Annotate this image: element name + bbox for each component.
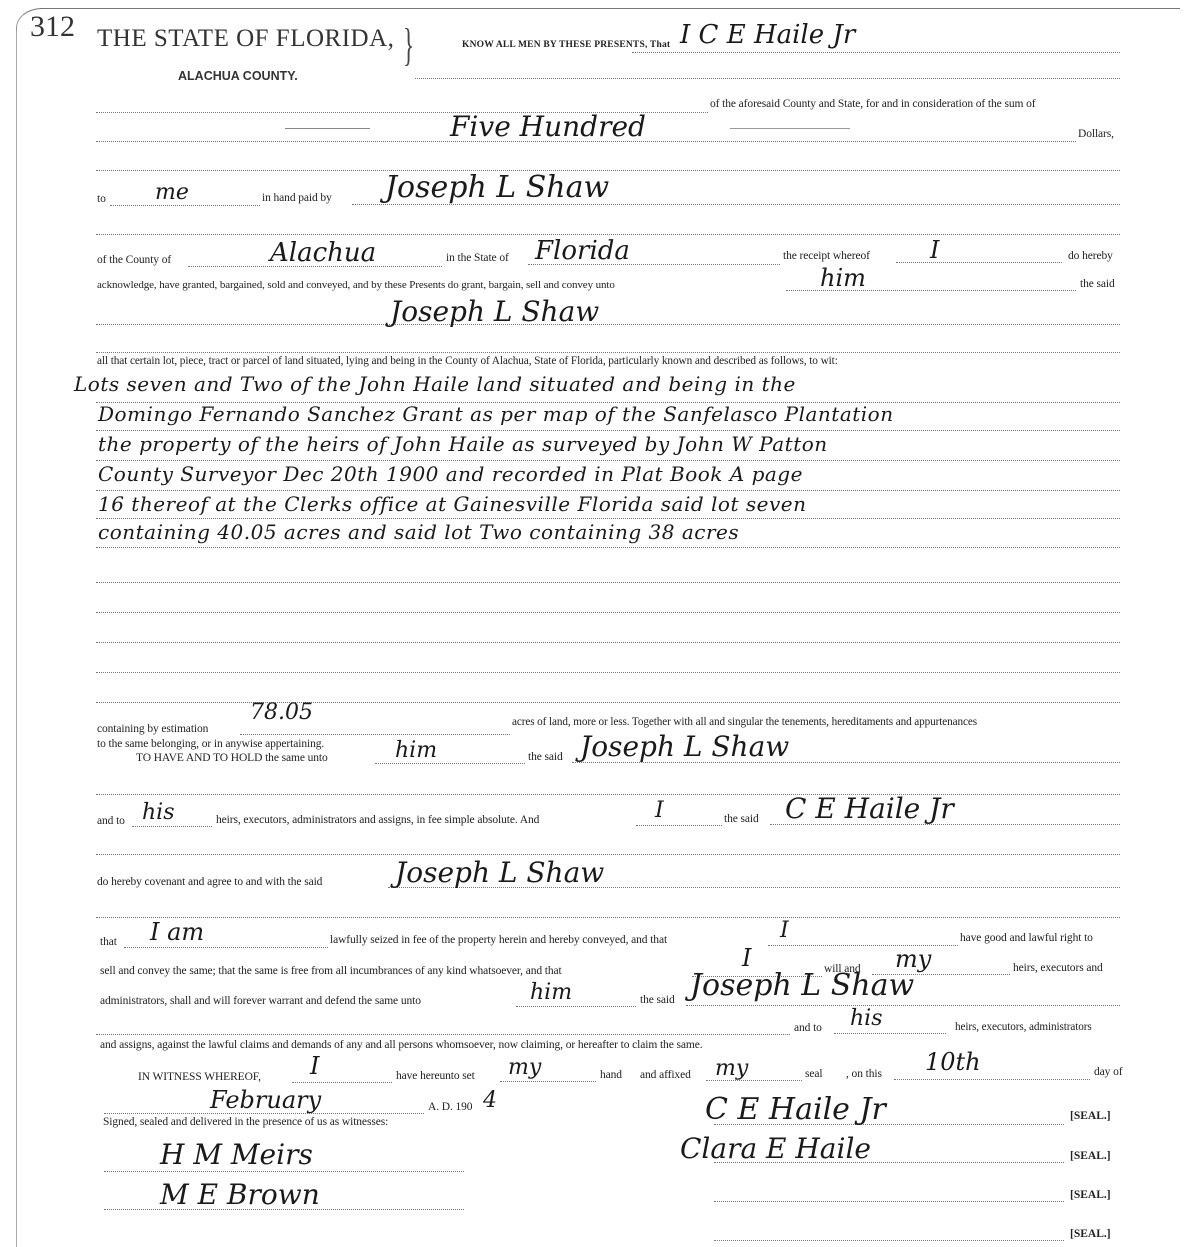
page-border-left — [16, 26, 17, 1247]
grantee-name-handwritten: Joseph L Shaw — [580, 730, 789, 763]
his-line — [834, 1033, 946, 1034]
brace: } — [403, 18, 414, 71]
description-line: 16 thereof at the Clerks office at Gaine… — [98, 492, 806, 516]
grantor-handwritten: C E Haile Jr — [785, 792, 954, 825]
acres-line — [240, 734, 510, 735]
land-intro: all that certain lot, piece, tract or pa… — [97, 355, 838, 367]
heirs-exec-admin-label: heirs, executors, administrators — [955, 1021, 1092, 1033]
receipt-line — [896, 262, 1062, 263]
his-handwritten: his — [142, 800, 175, 825]
estimation-label: containing by estimation — [97, 723, 208, 735]
heirs-executors-label: heirs, executors and — [1013, 962, 1103, 974]
year-handwritten: 4 — [483, 1088, 497, 1113]
description-rule — [96, 490, 1120, 491]
receipt-label: the receipt whereof — [783, 250, 870, 262]
my-handwritten: my — [508, 1055, 541, 1080]
witness-signature: H M Meirs — [160, 1138, 313, 1171]
the-said-label: the said — [640, 994, 675, 1006]
name-line — [686, 1005, 1120, 1006]
blank-line — [96, 234, 1120, 235]
signature: C E Haile Jr — [705, 1092, 886, 1127]
signature-line — [714, 1201, 1064, 1202]
and-handwritten: I — [655, 798, 664, 823]
receipt-handwritten: I — [930, 236, 939, 264]
assigns-text: and assigns, against the lawful claims a… — [100, 1039, 702, 1051]
county-title: ALACHUA COUNTY. — [178, 69, 298, 83]
description-rule — [96, 430, 1120, 431]
county-handwritten: Alachua — [270, 238, 376, 268]
description-line: containing 40.05 acres and said lot Two … — [98, 520, 739, 544]
deed-page: 312 THE STATE OF FLORIDA, } ALACHUA COUN… — [0, 0, 1200, 1247]
ad-label: A. D. 190 — [428, 1101, 472, 1113]
description-line: Lots seven and Two of the John Haile lan… — [74, 372, 796, 396]
unto-line — [375, 763, 525, 764]
consideration-text: of the aforesaid County and State, for a… — [710, 98, 1035, 110]
that-label: that — [100, 936, 117, 948]
description-rule — [96, 518, 1120, 519]
that-line — [124, 947, 328, 948]
blank-line — [96, 794, 1120, 795]
blank-line — [96, 1034, 790, 1035]
appurtenances-text: acres of land, more or less. Together wi… — [512, 716, 977, 728]
my2-handwritten: my — [715, 1056, 748, 1081]
unto-handwritten: him — [395, 738, 437, 763]
heirs-text: heirs, executors, administrators and ass… — [216, 814, 539, 826]
page-number: 312 — [30, 10, 75, 44]
grantee-name-handwritten: Joseph L Shaw — [390, 295, 599, 328]
seal-tag: [SEAL.] — [1070, 1189, 1111, 1201]
dollars-label: Dollars, — [1078, 128, 1114, 140]
state-handwritten: Florida — [535, 236, 630, 266]
seal-tag: [SEAL.] — [1070, 1110, 1111, 1122]
my-line — [500, 1081, 596, 1082]
description-line: County Surveyor Dec 20th 1900 and record… — [98, 462, 803, 486]
seal-tag: [SEAL.] — [1070, 1150, 1111, 1162]
day-of-label: day of — [1094, 1066, 1122, 1078]
description-rule — [96, 582, 1120, 583]
do-hereby-label: do hereby — [1068, 250, 1113, 262]
i-handwritten: I — [310, 1052, 319, 1080]
and-to-label: and to — [794, 1022, 822, 1034]
acknowledge-text: acknowledge, have granted, bargained, so… — [97, 279, 615, 291]
day-line — [894, 1079, 1090, 1080]
his-handwritten: his — [850, 1006, 883, 1031]
and-to-label: and to — [97, 815, 125, 827]
hereunto-label: have hereunto set — [396, 1070, 475, 1082]
know-all-label: KNOW ALL MEN BY THESE PRESENTS, That — [462, 40, 670, 50]
seal-label: seal — [805, 1068, 822, 1080]
blank-line — [96, 917, 1120, 918]
amount-handwritten: Five Hundred — [450, 110, 646, 143]
signature: Clara E Haile — [680, 1132, 871, 1165]
county-of-label: of the County of — [97, 254, 171, 266]
on-this-label: , on this — [846, 1068, 882, 1080]
in-witness-label: IN WITNESS WHEREOF, — [138, 1071, 261, 1083]
seized-handwritten: I — [780, 918, 789, 943]
witness-signature: M E Brown — [160, 1178, 320, 1211]
unto-handwritten: him — [820, 264, 866, 292]
grantee-name-line — [96, 324, 1120, 325]
his-line — [132, 826, 212, 827]
covenant-label: do hereby covenant and agree to and with… — [97, 876, 322, 888]
sell-text: sell and convey the same; that the same … — [100, 965, 562, 977]
description-line: the property of the heirs of John Haile … — [98, 432, 828, 456]
description-rule — [96, 547, 1120, 548]
unto-handwritten: him — [530, 980, 572, 1005]
signature-line — [714, 1240, 1064, 1241]
to-line — [110, 205, 260, 206]
paid-by-handwritten: Joseph L Shaw — [385, 170, 609, 205]
page-border-top — [40, 8, 1180, 9]
paid-by-label: in hand paid by — [262, 192, 332, 204]
month-handwritten: February — [210, 1086, 321, 1114]
blank-line — [96, 352, 1120, 353]
dash-stroke — [730, 128, 850, 129]
that-handwritten: I am — [150, 918, 204, 946]
description-rule — [96, 672, 1120, 673]
description-rule — [96, 642, 1120, 643]
hand-label: hand — [600, 1069, 622, 1081]
grantor-line — [632, 52, 1120, 53]
to-have-label: TO HAVE AND TO HOLD the same unto — [136, 752, 328, 764]
seal-tag: [SEAL.] — [1070, 1228, 1111, 1240]
unto-line — [516, 1006, 636, 1007]
day-handwritten: 10th — [925, 1048, 981, 1076]
name-handwritten: Joseph L Shaw — [690, 968, 914, 1003]
appertaining-text: to the same belonging, or in anywise app… — [97, 738, 324, 750]
to-label: to — [97, 193, 106, 205]
covenant-name-handwritten: Joseph L Shaw — [395, 856, 604, 889]
grantor-handwritten: I C E Haile Jr — [680, 20, 855, 50]
to-handwritten: me — [155, 180, 189, 205]
the-said-label: the said — [1080, 278, 1115, 290]
right-text: have good and lawful right to — [960, 932, 1093, 944]
the-said-label: the said — [724, 813, 759, 825]
affixed-label: and affixed — [640, 1069, 691, 1081]
admin-text: administrators, shall and will forever w… — [100, 995, 421, 1007]
description-line: Domingo Fernando Sanchez Grant as per ma… — [98, 402, 894, 426]
i-line — [292, 1082, 392, 1083]
state-of-label: in the State of — [446, 252, 509, 264]
state-title: THE STATE OF FLORIDA, — [97, 25, 394, 53]
the-said-label: the said — [528, 751, 563, 763]
description-rule — [96, 460, 1120, 461]
blank-line — [415, 78, 1120, 79]
and-line — [636, 825, 722, 826]
seized-text: lawfully seized in fee of the property h… — [330, 934, 667, 946]
signed-text: Signed, sealed and delivered in the pres… — [103, 1116, 388, 1128]
witness-line — [104, 1171, 464, 1172]
dash-stroke — [285, 128, 370, 129]
blank-line — [96, 854, 1120, 855]
description-rule — [96, 612, 1120, 613]
acres-handwritten: 78.05 — [250, 700, 313, 725]
